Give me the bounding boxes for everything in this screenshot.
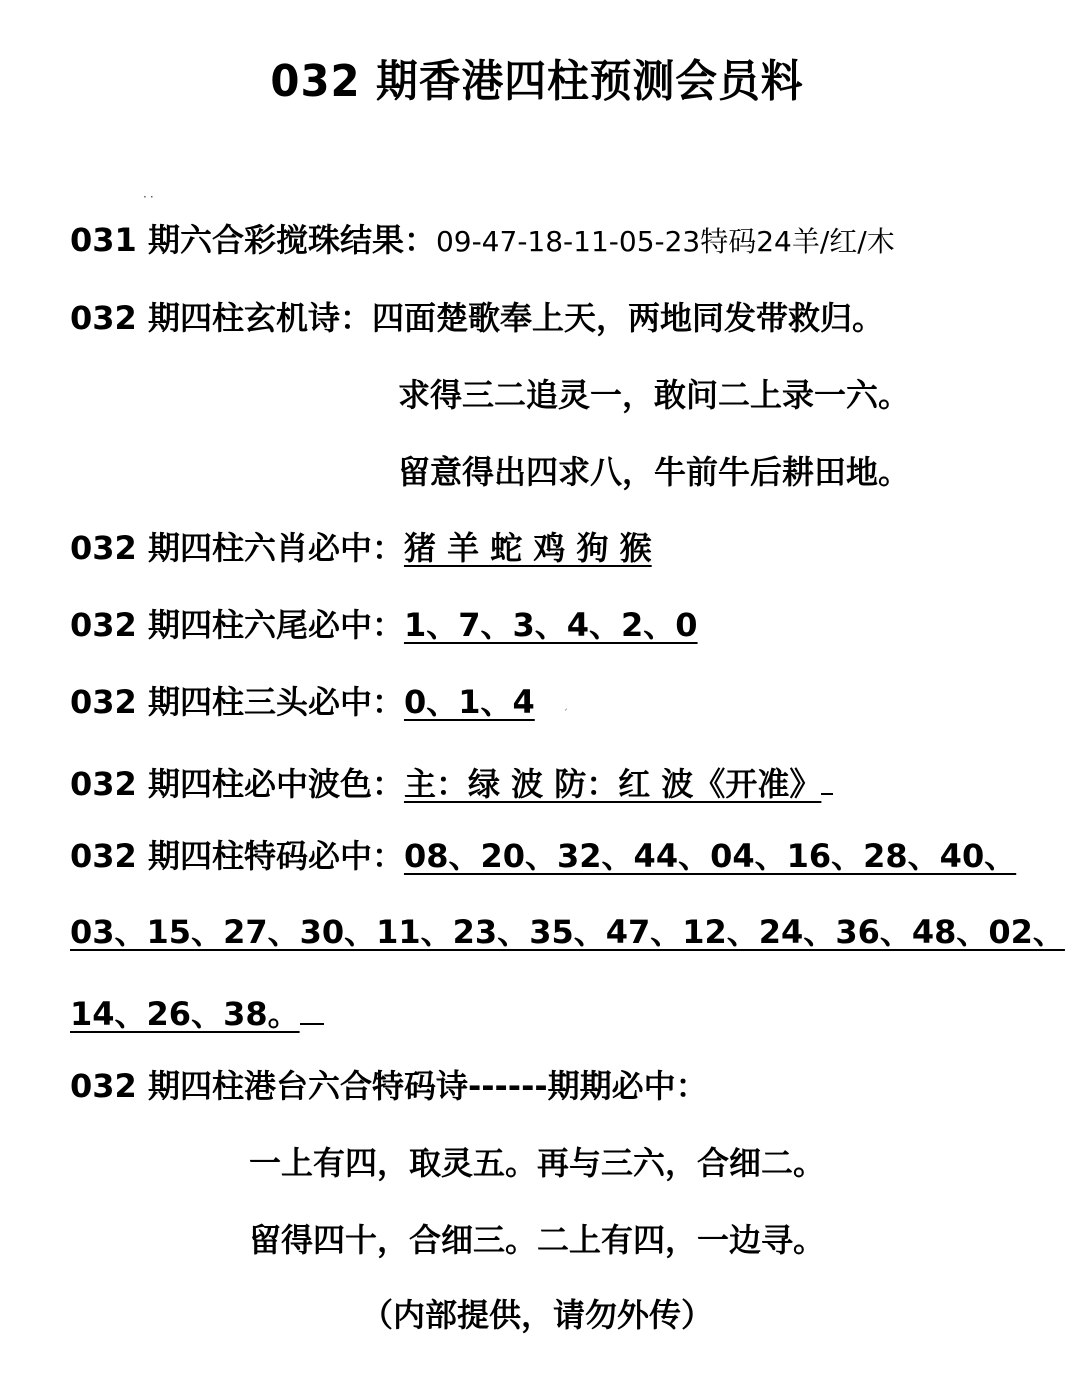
six-zodiac-line: 032 期四柱六肖必中：猪 羊 蛇 鸡 狗 猴 (70, 526, 652, 570)
footer-note: （内部提供，请勿外传） (0, 1293, 1074, 1337)
special-numbers-value-3: 14、26、38。 (70, 995, 300, 1033)
stray-mark: ˏ (563, 700, 568, 711)
mystic-poem-line-1: 032 期四柱玄机诗：四面楚歌奉上天，两地同发带救归。 (70, 296, 884, 340)
special-numbers-line-3: 14、26、38。 (70, 987, 324, 1036)
result-value: 09-47-18-11-05-23特码24羊/红/木 (436, 225, 895, 258)
wave-color-line: 032 期四柱必中波色：主：绿 波 防：红 波《开准》 (70, 757, 833, 806)
mystic-poem-line-3: 留意得出四求八，牛前牛后耕田地。 (398, 450, 910, 494)
page-title: 032 期香港四柱预测会员料 (27, 52, 1047, 112)
three-heads-label: 032 期四柱三头必中： (70, 683, 404, 721)
special-poem-line-2: 留得四十，合细三。二上有四，一边寻。 (0, 1218, 1074, 1262)
wave-color-label: 032 期四柱必中波色： (70, 765, 404, 803)
underline-extension (300, 987, 324, 1025)
document-page: 032 期香港四柱预测会员料 ·· 031 期六合彩搅珠结果：09-47-18-… (0, 0, 1074, 1388)
special-poem-line-1: 一上有四，取灵五。再与三六，合细二。 (0, 1141, 1074, 1185)
special-numbers-line-1: 032 期四柱特码必中：08、20、32、44、04、16、28、40、 (70, 834, 1016, 878)
three-heads-value: 0、1、4 (404, 683, 535, 721)
mystic-poem-text: 四面楚歌奉上天，两地同发带救归。 (372, 299, 884, 337)
six-zodiac-value: 猪 羊 蛇 鸡 狗 猴 (404, 529, 652, 567)
wave-color-value: 主：绿 波 防：红 波《开准》 (404, 765, 821, 803)
mystic-poem-label: 032 期四柱玄机诗： (70, 299, 372, 337)
special-numbers-value-1: 08、20、32、44、04、16、28、40、 (404, 837, 1016, 875)
six-tails-value: 1、7、3、4、2、0 (404, 606, 698, 644)
six-tails-line: 032 期四柱六尾必中：1、7、3、4、2、0 (70, 603, 698, 647)
result-label: 031 期六合彩搅珠结果： (70, 221, 436, 259)
six-tails-label: 032 期四柱六尾必中： (70, 606, 404, 644)
special-numbers-label: 032 期四柱特码必中： (70, 837, 404, 875)
result-line: 031 期六合彩搅珠结果：09-47-18-11-05-23特码24羊/红/木 (70, 218, 895, 264)
underline-extension (821, 757, 833, 795)
three-heads-line: 032 期四柱三头必中：0、1、4 (70, 680, 535, 724)
special-numbers-value-2: 03、15、27、30、11、23、35、47、12、24、36、48、02、 (70, 913, 1065, 951)
special-poem-heading: 032 期四柱港台六合特码诗------期期必中： (70, 1064, 708, 1108)
special-numbers-line-2: 03、15、27、30、11、23、35、47、12、24、36、48、02、 (70, 910, 1065, 954)
decorative-dots: ·· (143, 190, 157, 204)
mystic-poem-line-2: 求得三二追灵一，敢问二上录一六。 (398, 373, 910, 417)
six-zodiac-label: 032 期四柱六肖必中： (70, 529, 404, 567)
